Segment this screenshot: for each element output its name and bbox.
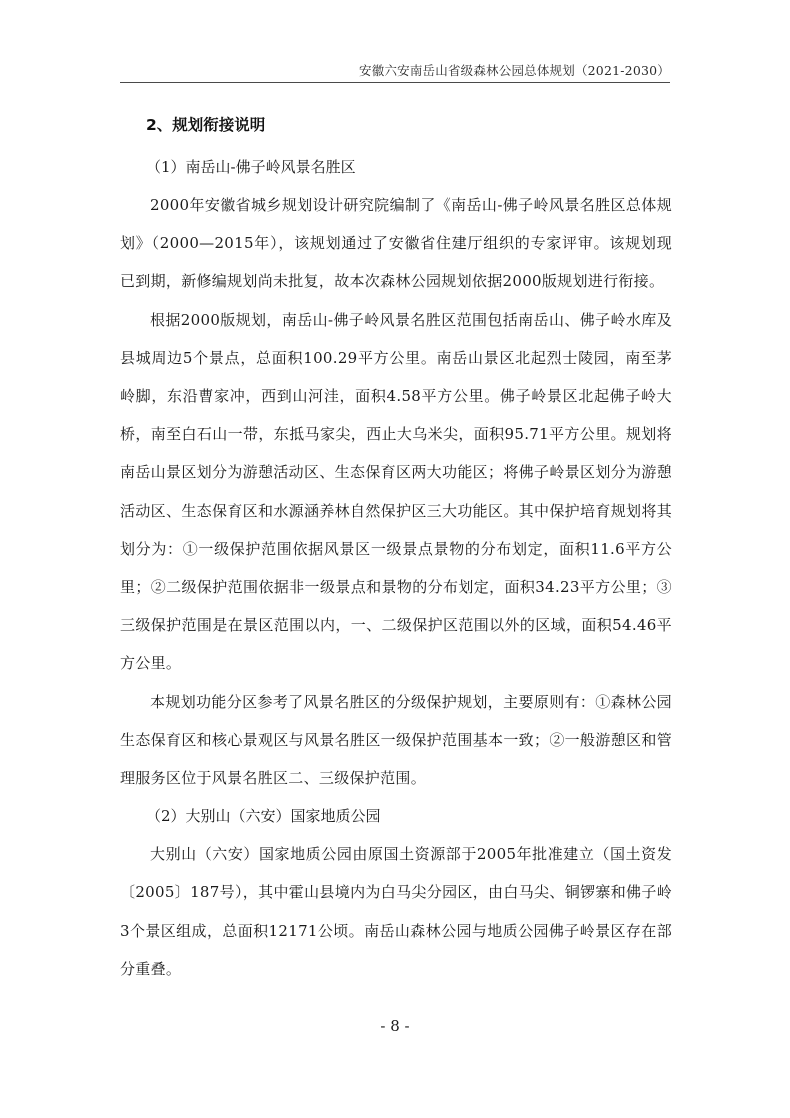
paragraph: 2000年安徽省城乡规划设计研究院编制了《南岳山-佛子岭风景名胜区总体规划》（2… <box>120 186 672 301</box>
page-body: 2、规划衔接说明 （1）南岳山-佛子岭风景名胜区 2000年安徽省城乡规划设计研… <box>120 106 672 988</box>
paragraph: 大别山（六安）国家地质公园由原国土资源部于2005年批准建立（国土资发〔2005… <box>120 835 672 988</box>
paragraph: 本规划功能分区参考了风景名胜区的分级保护规划，主要原则有：①森林公园生态保育区和… <box>120 683 672 798</box>
subsection-title-1: （1）南岳山-佛子岭风景名胜区 <box>146 148 672 186</box>
running-header-title: 安徽六安南岳山省级森林公园总体规划（2021-2030） <box>359 63 670 78</box>
running-header: 安徽六安南岳山省级森林公园总体规划（2021-2030） <box>120 62 670 83</box>
page-number: - 8 - <box>0 1017 790 1035</box>
section-heading: 2、规划衔接说明 <box>146 106 672 144</box>
subsection-title-2: （2）大别山（六安）国家地质公园 <box>146 797 672 835</box>
paragraph: 根据2000版规划，南岳山-佛子岭风景名胜区范围包括南岳山、佛子岭水库及县城周边… <box>120 301 672 683</box>
